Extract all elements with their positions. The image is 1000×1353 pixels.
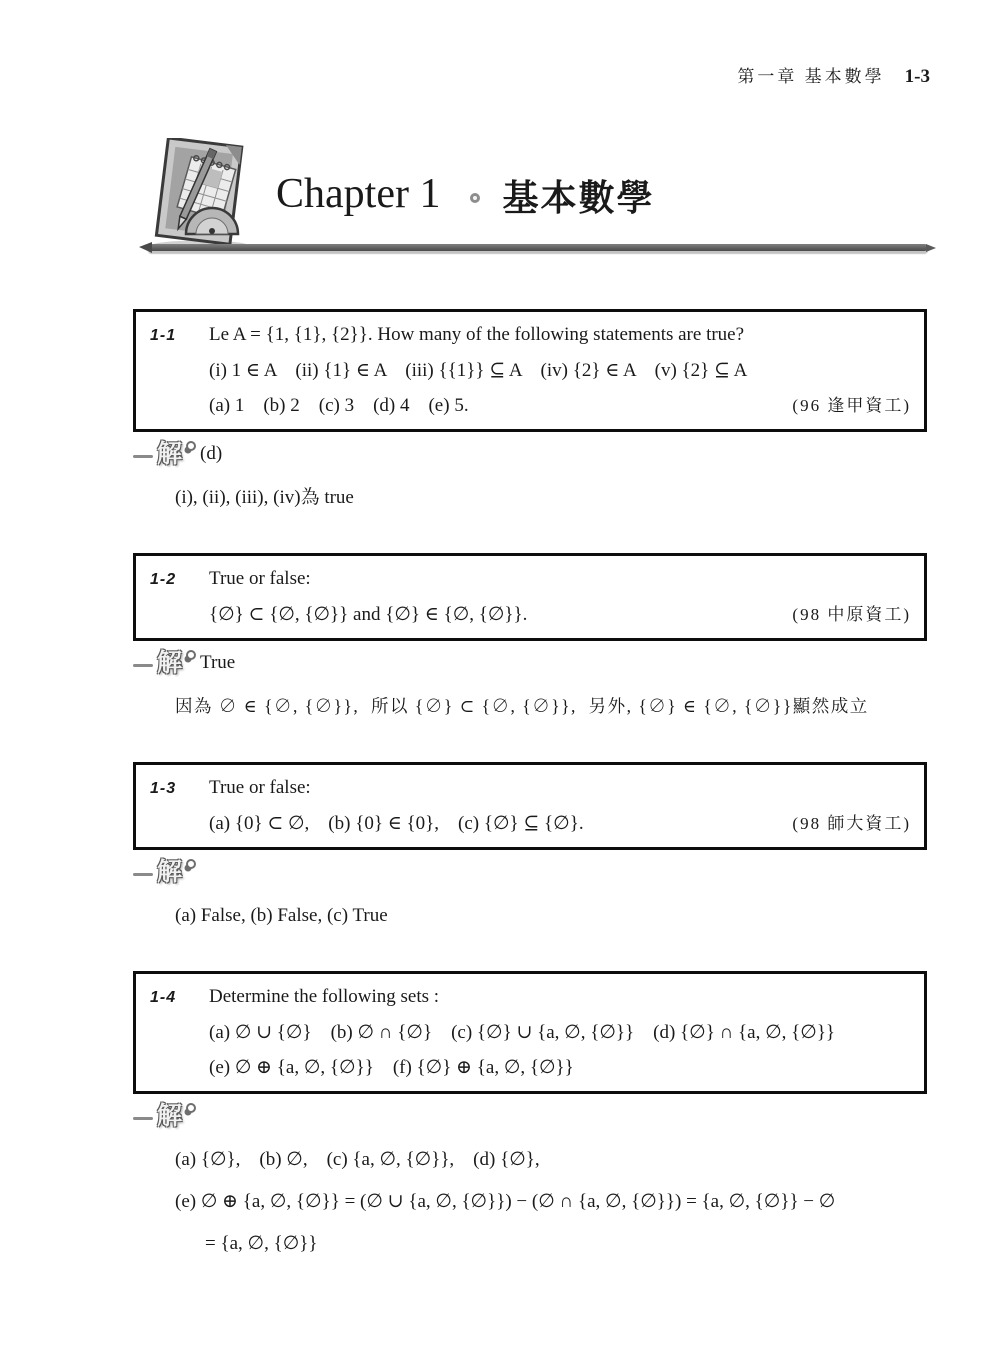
problem-line: 1-2 True or false: (150, 561, 911, 597)
header-page-number: 1-3 (905, 66, 930, 88)
solution-stamp-icon: 解 (139, 1102, 196, 1130)
problem-box: 1-4 Determine the following sets : (a) ∅… (133, 971, 927, 1094)
problem-line: 1-1 Le A = {1, {1}, {2}}. How many of th… (150, 317, 911, 353)
problem-text: (a) {0} ⊂ ∅, (b) {0} ∈ {0}, (c) {∅} ⊆ {∅… (209, 806, 584, 841)
solution-block: 解 (d) (i), (ii), (iii), (iv)為 true (133, 437, 927, 513)
exam-source: (96 逢甲資工) (772, 388, 911, 423)
problem-1-3: 1-3 True or false: (a) {0} ⊂ ∅, (b) {0} … (133, 762, 927, 931)
bullet-ring-icon (470, 193, 480, 203)
solution-text: = {a, ∅, {∅}} (205, 1228, 927, 1259)
problem-box: 1-1 Le A = {1, {1}, {2}}. How many of th… (133, 309, 927, 432)
problem-number: 1-4 (150, 980, 209, 1015)
exam-source: (98 中原資工) (772, 597, 911, 632)
problem-line: (a) {0} ⊂ ∅, (b) {0} ∈ {0}, (c) {∅} ⊆ {∅… (150, 806, 911, 841)
solution-text: (i), (ii), (iii), (iv)為 true (175, 482, 927, 513)
page-header: 第一章 基本數學 1-3 (0, 0, 930, 88)
solution-stamp-icon: 解 (139, 440, 196, 468)
problem-1-2: 1-2 True or false: {∅} ⊂ {∅, {∅}} and {∅… (133, 553, 927, 722)
problem-number: 1-2 (150, 562, 209, 597)
exam-source: (98 師大資工) (772, 806, 911, 841)
problem-text: Determine the following sets : (209, 979, 439, 1014)
problem-box: 1-2 True or false: {∅} ⊂ {∅, {∅}} and {∅… (133, 553, 927, 641)
problem-1-4: 1-4 Determine the following sets : (a) ∅… (133, 971, 927, 1259)
problem-text: (a) 1 (b) 2 (c) 3 (d) 4 (e) 5. (209, 388, 469, 423)
solution-block: 解 (a) False, (b) False, (c) True (133, 855, 927, 931)
solution-text: 因為 ∅ ∈ {∅, {∅}}, 所以 {∅} ⊂ {∅, {∅}}, 另外, … (175, 691, 927, 722)
problem-text: Le A = {1, {1}, {2}}. How many of the fo… (209, 317, 744, 352)
header-chapter-label: 第一章 基本數學 (737, 62, 884, 87)
solution-block: 解 (a) {∅}, (b) ∅, (c) {a, ∅, {∅}}, (d) {… (133, 1099, 927, 1259)
chapter-title: Chapter 1 基本數學 (276, 168, 654, 221)
solution-text: (e) ∅ ⊕ {a, ∅, {∅}} = (∅ ∪ {a, ∅, {∅}}) … (175, 1186, 927, 1217)
problem-text: (a) ∅ ∪ {∅} (b) ∅ ∩ {∅} (c) {∅} ∪ {a, ∅,… (209, 1015, 835, 1050)
math-tools-icon (148, 138, 248, 250)
problem-line: (a) 1 (b) 2 (c) 3 (d) 4 (e) 5. (96 逢甲資工) (150, 388, 911, 423)
problem-number: 1-1 (150, 318, 209, 353)
solution-answer: (d) (200, 443, 222, 465)
problem-line: (e) ∅ ⊕ {a, ∅, {∅}} (f) {∅} ⊕ {a, ∅, {∅}… (150, 1050, 911, 1085)
problem-box: 1-3 True or false: (a) {0} ⊂ ∅, (b) {0} … (133, 762, 927, 850)
problem-line: {∅} ⊂ {∅, {∅}} and {∅} ∈ {∅, {∅}}. (98 中… (150, 597, 911, 632)
solution-text: (a) {∅}, (b) ∅, (c) {a, ∅, {∅}}, (d) {∅}… (175, 1144, 927, 1175)
problem-text: True or false: (209, 770, 311, 805)
problem-text: True or false: (209, 561, 311, 596)
solution-text: (a) False, (b) False, (c) True (175, 900, 927, 931)
problem-text: (e) ∅ ⊕ {a, ∅, {∅}} (f) {∅} ⊕ {a, ∅, {∅}… (209, 1050, 574, 1085)
problem-1-1: 1-1 Le A = {1, {1}, {2}}. How many of th… (133, 309, 927, 513)
problem-line: (a) ∅ ∪ {∅} (b) ∅ ∩ {∅} (c) {∅} ∪ {a, ∅,… (150, 1015, 911, 1050)
solution-stamp-icon: 解 (139, 858, 196, 886)
solution-stamp-icon: 解 (139, 649, 196, 677)
chapter-title-en: Chapter 1 (276, 170, 440, 218)
solution-block: 解 True 因為 ∅ ∈ {∅, {∅}}, 所以 {∅} ⊂ {∅, {∅}… (133, 646, 927, 722)
banner-divider (148, 244, 928, 251)
solution-answer: True (200, 652, 235, 674)
chapter-title-zh: 基本數學 (502, 170, 654, 221)
problem-text: (i) 1 ∈ A (ii) {1} ∈ A (iii) {{1}} ⊆ A (… (209, 353, 747, 388)
problem-number: 1-3 (150, 771, 209, 806)
problem-line: 1-4 Determine the following sets : (150, 979, 911, 1015)
problem-text: {∅} ⊂ {∅, {∅}} and {∅} ∈ {∅, {∅}}. (209, 597, 527, 632)
problem-line: 1-3 True or false: (150, 770, 911, 806)
problem-line: (i) 1 ∈ A (ii) {1} ∈ A (iii) {{1}} ⊆ A (… (150, 353, 911, 388)
page-content: 1-1 Le A = {1, {1}, {2}}. How many of th… (133, 309, 927, 1259)
chapter-banner: Chapter 1 基本數學 (148, 138, 930, 251)
